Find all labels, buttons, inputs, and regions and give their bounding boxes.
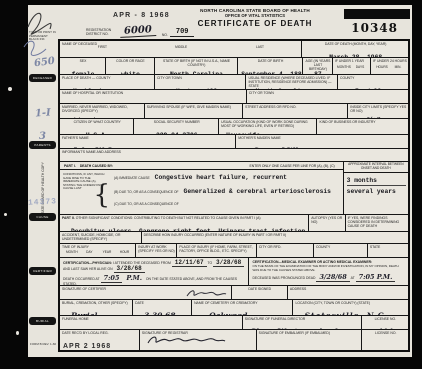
field-registrar-signature: SIGNATURE OF REGISTRAR bbox=[139, 330, 256, 350]
burial-location-value: Statesville, N.C. bbox=[304, 311, 388, 315]
pencil-note-1i: 1-I bbox=[35, 107, 52, 119]
pronounced-label: DECEASED WAS PRONOUNCED DEAD bbox=[252, 276, 315, 280]
field-under-1-year: IF UNDER 1 YEAR MONTHS DAYS bbox=[332, 58, 370, 74]
industry-label: KIND OF BUSINESS OR INDUSTRY bbox=[319, 120, 407, 124]
field-autopsy: AUTOPSY (YES OR NO) bbox=[308, 215, 344, 231]
occurred-pre-text: DEATH OCCURRED AT bbox=[63, 277, 100, 281]
sex-label: SEX bbox=[62, 59, 104, 63]
name-label: NAME OF DECEASED bbox=[62, 42, 300, 46]
scan-speck bbox=[4, 213, 7, 216]
marital-value: widowed bbox=[69, 117, 95, 118]
row-marital: MARRIED, NEVER MARRIED, WIDOWED, DIVORCE… bbox=[60, 103, 408, 118]
field-inside-city-limits: INSIDE CITY LIMITS (SPECIFY YES OR NO) Y… bbox=[347, 104, 408, 118]
residence-county-value: Iredell bbox=[355, 88, 381, 89]
registrar-signature-scribble bbox=[146, 334, 226, 346]
hours-label: HOURS bbox=[374, 66, 390, 70]
due-to-c-label: (c) DUE TO, OR AS A CONSEQUENCE OF bbox=[114, 202, 179, 206]
field-street-address: STREET ADDRESS OR RFD NO. bbox=[242, 104, 347, 118]
attended-pre-text: I ATTENDED THE DECEASED FROM bbox=[113, 261, 171, 265]
document-title: CERTIFICATE OF DEATH bbox=[170, 19, 340, 28]
field-under-24-hours: IF UNDER 24 HOURS HOURS MIN. bbox=[370, 58, 408, 74]
redaction-bar bbox=[344, 9, 410, 19]
injury-city-label: CITY OR RFD. bbox=[259, 245, 312, 249]
at-label: AT bbox=[351, 276, 355, 280]
interval-header: APPROXIMATE INTERVAL BETWEEN ONSET AND D… bbox=[344, 162, 408, 173]
part1-header: PART I. DEATH CAUSED BY: ENTER ONLY ONE … bbox=[60, 162, 343, 170]
cause-line-c: (c) DUE TO, OR AS A CONSEQUENCE OF bbox=[114, 202, 341, 206]
field-time-of-injury: TIME OF INJURY MONTH DAY YEAR HOUR bbox=[60, 244, 135, 257]
residence-state-label: USUAL RESIDENCE (WHERE DECEASED LIVED. I… bbox=[248, 76, 336, 88]
sex-value: female bbox=[72, 71, 95, 74]
scanned-death-certificate: TYPE OR PRINT IN PERMANENT BLACK INK 650… bbox=[0, 0, 422, 369]
field-death-county: PLACE OF DEATH — COUNTY Mecklenburg bbox=[60, 75, 154, 89]
serial-number: 10348 bbox=[351, 21, 398, 35]
injury-month-label: MONTH bbox=[63, 251, 81, 255]
attended-to-date: 3/28/68 bbox=[213, 259, 244, 267]
burial-value: Burial bbox=[71, 311, 97, 315]
row-informant: INFORMANT'S NAME AND ADDRESS Huntersvill… bbox=[60, 148, 408, 161]
certificate-header: APR - 8 1968 REGISTRATION DISTRICT NO. 6… bbox=[58, 5, 412, 39]
tab-cause: CAUSE bbox=[29, 213, 56, 221]
row-part1: PART I. DEATH CAUSED BY: ENTER ONLY ONE … bbox=[60, 161, 408, 214]
injury-county-label: COUNTY bbox=[316, 245, 366, 249]
registrar-label: SIGNATURE OF REGISTRAR bbox=[142, 331, 255, 335]
field-embalmer-license: LICENSE NO. bbox=[361, 330, 408, 350]
field-cemetery: NAME OF CEMETERY OR CREMATORY Oakwood bbox=[191, 300, 292, 315]
address-label: ADDRESS bbox=[290, 287, 407, 291]
print-instruction: TYPE OR PRINT IN PERMANENT BLACK INK bbox=[29, 31, 56, 42]
field-race: COLOR OR RACE white bbox=[105, 58, 154, 74]
field-place-of-injury: PLACE OF INJURY (IF HOME, FARM, STREET, … bbox=[176, 244, 255, 257]
field-residence-state: USUAL RESIDENCE (WHERE DECEASED LIVED. I… bbox=[245, 75, 337, 89]
immediate-cause-value: Congestive heart failure, recurrent bbox=[155, 174, 287, 182]
due-to-b-value: Generalized & cerebral arteriosclerosis bbox=[184, 188, 331, 196]
other-conditions-label: OTHER SIGNIFICANT CONDITIONS: CONTRIBUTI… bbox=[76, 216, 261, 220]
marital-label: MARRIED, NEVER MARRIED, WIDOWED, DIVORCE… bbox=[62, 105, 143, 113]
ssn-label: SOCIAL SECURITY NUMBER bbox=[136, 120, 217, 124]
first-label: FIRST bbox=[63, 46, 142, 50]
age-label: AGE (IN YEARS LAST BIRTHDAY) bbox=[305, 59, 331, 71]
field-citizen: CITIZEN OF WHAT COUNTRY U.S.A. bbox=[60, 119, 133, 134]
certificate-form: NAME OF DECEASED FIRST Rebecca MIDDLE Jo… bbox=[58, 39, 410, 352]
injury-at-work-label: INJURY AT WORK (SPECIFY YES OR NO) bbox=[138, 245, 175, 253]
occupation-value: Housewife bbox=[226, 132, 260, 134]
part1-section: PART I. DEATH CAUSED BY: ENTER ONLY ONE … bbox=[60, 162, 343, 214]
row-funeral-home: FUNERAL HOME Bunch Funeral Home, Statesv… bbox=[60, 315, 408, 329]
date-of-death-label: DATE OF DEATH (MONTH, DAY, YEAR) bbox=[304, 42, 407, 46]
place-of-injury-label: PLACE OF INJURY (IF HOME, FARM, STREET, … bbox=[179, 245, 254, 253]
part2-label: PART II. bbox=[62, 216, 75, 220]
to-label: TO bbox=[207, 261, 212, 265]
under-1-year-label: IF UNDER 1 YEAR bbox=[335, 59, 369, 63]
field-occupation: USUAL OCCUPATION (KIND OF WORK DONE DURI… bbox=[218, 119, 316, 134]
field-hospital: NAME OF HOSPITAL OR INSTITUTION Huntersv… bbox=[60, 90, 246, 103]
field-death-city: CITY OR TOWN Huntersville bbox=[154, 75, 246, 89]
death-city-value: Huntersville bbox=[176, 88, 221, 89]
scan-speck bbox=[8, 87, 12, 91]
field-certifier-signature: SIGNATURE OF CERTIFIER Dirk Verhouff, M.… bbox=[60, 286, 231, 299]
ssn-value: 239-84-3706 bbox=[156, 132, 198, 134]
left-margin: TYPE OR PRINT IN PERMANENT BLACK INK 650… bbox=[28, 5, 58, 357]
field-other-conditions: PART II. OTHER SIGNIFICANT CONDITIONS: C… bbox=[60, 215, 308, 231]
date-of-death-value: March 28, 1968 bbox=[329, 54, 382, 57]
examiner-certification: CERTIFICATION—MEDICAL EXAMINER OR ACTING… bbox=[248, 258, 408, 285]
burial-date-label: DATE bbox=[135, 301, 190, 305]
tab-deceased: DECEASED bbox=[29, 74, 56, 82]
days-label: DAYS bbox=[352, 66, 368, 70]
age-value: 87 bbox=[314, 71, 322, 74]
field-burial-location: LOCATION (CITY, TOWN OR COUNTY) (STATE) … bbox=[292, 300, 408, 315]
under-24-hours-label: IF UNDER 24 HOURS bbox=[373, 59, 407, 63]
funeral-home-label: FUNERAL HOME bbox=[62, 317, 241, 321]
limits-label: INSIDE CITY LIMITS (SPECIFY YES OR NO) bbox=[350, 105, 407, 113]
row-accident: ACCIDENT, SUICIDE, HOMICIDE, OR UNDETERM… bbox=[60, 231, 408, 243]
conditions-note: CONDITIONS, IF ANY, WHICH GAVE RISE TO T… bbox=[60, 170, 108, 213]
min-label: MIN. bbox=[390, 66, 406, 70]
date-received-stamp: APR 2 1968 bbox=[63, 343, 111, 350]
certificate-no-label: NO. bbox=[162, 33, 168, 37]
residence-state-value: North Carolina bbox=[255, 88, 308, 89]
death-county-value: Mecklenburg bbox=[73, 88, 115, 89]
form-revision-note: FORM B REV. 1-66 bbox=[30, 343, 57, 347]
physician-certification: CERTIFICATION—PHYSICIAN: I ATTENDED THE … bbox=[60, 258, 248, 285]
tab-parents: PARENTS bbox=[29, 141, 56, 149]
cemetery-value: Oakwood bbox=[209, 311, 247, 315]
caused-by-label: DEATH CAUSED BY: bbox=[80, 164, 113, 168]
part1-body: CONDITIONS, IF ANY, WHICH GAVE RISE TO T… bbox=[60, 170, 343, 213]
field-how-injury: DESCRIBE HOW INJURY OCCURRED (ENTER NATU… bbox=[141, 232, 408, 243]
field-date-of-death: DATE OF DEATH (MONTH, DAY, YEAR) March 2… bbox=[301, 41, 408, 57]
injury-state-label: STATE bbox=[370, 245, 407, 249]
mother-label: MOTHER'S MAIDEN NAME bbox=[238, 136, 407, 140]
attended-from-date: 12/11/67 bbox=[172, 259, 207, 267]
date-of-birth-value: September 4, 1880 bbox=[241, 71, 302, 74]
received-date-stamp: APR - 8 1968 bbox=[113, 12, 170, 19]
findings-label: IF YES, WERE FINDINGS CONSIDERED IN DETE… bbox=[348, 216, 407, 228]
death-county-label: PLACE OF DEATH — COUNTY bbox=[62, 76, 153, 80]
death-city-label: CITY OR TOWN bbox=[157, 76, 245, 80]
field-ssn: SOCIAL SECURITY NUMBER 239-84-3706 bbox=[133, 119, 218, 134]
field-informant: INFORMANT'S NAME AND ADDRESS Huntersvill… bbox=[60, 149, 408, 161]
director-license-value: 414 bbox=[377, 327, 393, 329]
date-signed-label: DATE SIGNED bbox=[234, 287, 286, 291]
field-age: AGE (IN YEARS LAST BIRTHDAY) 87 bbox=[302, 58, 332, 74]
how-injury-label: DESCRIBE HOW INJURY OCCURRED (ENTER NATU… bbox=[144, 233, 407, 237]
state-of-birth-value: North Carolina bbox=[170, 71, 223, 74]
row-place-residence: PLACE OF DEATH — COUNTY Mecklenburg CITY… bbox=[60, 74, 408, 89]
pronounced-time-value: 7:05 p.m. bbox=[356, 273, 396, 282]
residence-county-label: COUNTY bbox=[340, 76, 407, 80]
row-part2: PART II. OTHER SIGNIFICANT CONDITIONS: C… bbox=[60, 214, 408, 231]
row-parents: FATHER'S NAME John W. Josey MOTHER'S MAI… bbox=[60, 134, 408, 148]
field-injury-county: COUNTY bbox=[313, 244, 367, 257]
months-label: MONTHS bbox=[336, 66, 352, 70]
field-injury-state: STATE bbox=[367, 244, 408, 257]
limits-value: Yes bbox=[367, 115, 382, 118]
field-autopsy-findings: IF YES, WERE FINDINGS CONSIDERED IN DETE… bbox=[345, 215, 408, 231]
row-injury-details: TIME OF INJURY MONTH DAY YEAR HOUR INJUR… bbox=[60, 243, 408, 257]
district-label: REGISTRATION DISTRICT NO. bbox=[86, 29, 120, 37]
middle-label: MIDDLE bbox=[142, 46, 221, 50]
field-name-of-deceased: NAME OF DECEASED FIRST Rebecca MIDDLE Jo… bbox=[60, 41, 301, 57]
father-value: John W. Josey bbox=[73, 146, 129, 148]
citizen-value: U.S.A. bbox=[86, 132, 109, 134]
stamped-number: 14373 bbox=[28, 197, 57, 208]
examiner-cert-label: CERTIFICATION—MEDICAL EXAMINER OR ACTING… bbox=[252, 260, 372, 264]
citizen-label: CITIZEN OF WHAT COUNTRY bbox=[62, 120, 132, 124]
physician-cert-label: CERTIFICATION—PHYSICIAN: bbox=[63, 261, 112, 265]
field-burial-type: BURIAL, CREMATION, OTHER (SPECIFY) Buria… bbox=[60, 300, 132, 315]
row-sex-race-birth: SEX female COLOR OR RACE white STATE OF … bbox=[60, 57, 408, 74]
agency-block: NORTH CAROLINA STATE BOARD OF HEALTH OFF… bbox=[170, 8, 340, 28]
autopsy-label: AUTOPSY (YES OR NO) bbox=[311, 216, 343, 224]
field-embalmer-signature: SIGNATURE OF EMBALMER (IF EMBALMED) bbox=[256, 330, 362, 350]
row-certification: CERTIFICATION—PHYSICIAN: I ATTENDED THE … bbox=[60, 257, 408, 285]
field-sex: SEX female bbox=[60, 58, 105, 74]
last-saw-pre-text: AND LAST SAW HER ALIVE ON bbox=[63, 267, 113, 271]
row-registrar: DATE REC'D BY LOCAL REG. APR 2 1968 SIGN… bbox=[60, 329, 408, 350]
row-hospital: NAME OF HOSPITAL OR INSTITUTION Huntersv… bbox=[60, 89, 408, 103]
scan-speck bbox=[16, 331, 19, 335]
embalmer-license-label: LICENSE NO. bbox=[364, 331, 407, 335]
date-received-label: DATE REC'D BY LOCAL REG. bbox=[62, 331, 138, 335]
tab-certifier: CERTIFIER bbox=[29, 267, 56, 275]
informant-value: Huntersville Hospital Records bbox=[69, 160, 254, 161]
director-value: Glenn Westmoreland bbox=[250, 327, 338, 329]
field-director-license: LICENSE NO. 414 bbox=[361, 316, 408, 329]
certificate-paper: TYPE OR PRINT IN PERMANENT BLACK INK 650… bbox=[28, 5, 412, 357]
row-burial: BURIAL, CREMATION, OTHER (SPECIFY) Buria… bbox=[60, 299, 408, 315]
race-value: white bbox=[121, 71, 140, 74]
pencil-note-650: 650 bbox=[33, 56, 55, 70]
field-accident-type: ACCIDENT, SUICIDE, HOMICIDE, OR UNDETERM… bbox=[60, 232, 141, 243]
due-to-b-label: (b) DUE TO, OR AS A CONSEQUENCE OF bbox=[114, 190, 179, 194]
copy-note: STATE BOARD OF HEALTH COPY bbox=[41, 160, 45, 218]
field-date-of-birth: DATE OF BIRTH September 4, 1880 bbox=[237, 58, 302, 74]
cemetery-label: NAME OF CEMETERY OR CREMATORY bbox=[194, 301, 291, 305]
interval-column: APPROXIMATE INTERVAL BETWEEN ONSET AND D… bbox=[343, 162, 408, 214]
pronounced-date-value: 3/28/68 bbox=[316, 273, 349, 282]
field-residence-county: COUNTY Iredell bbox=[337, 75, 408, 89]
death-ampm-value: P.M. bbox=[123, 274, 145, 282]
time-of-injury-label: TIME OF INJURY bbox=[62, 245, 134, 249]
cause-line-a: (a) IMMEDIATE CAUSE Congestive heart fai… bbox=[114, 174, 341, 182]
row-name: NAME OF DECEASED FIRST Rebecca MIDDLE Jo… bbox=[60, 41, 408, 57]
immediate-cause-label: (a) IMMEDIATE CAUSE bbox=[114, 176, 150, 180]
interval-b-value: several years bbox=[347, 188, 406, 196]
certifier-signature-label: SIGNATURE OF CERTIFIER bbox=[62, 287, 230, 291]
field-date-signed: DATE SIGNED 3/29/68 bbox=[231, 286, 287, 299]
last-saw-date: 3/28/68 bbox=[114, 265, 145, 273]
field-burial-date: DATE 3.30.68 bbox=[132, 300, 191, 315]
occupation-label: USUAL OCCUPATION (KIND OF WORK DONE DURI… bbox=[221, 120, 315, 128]
field-injury-city: CITY OR RFD. bbox=[256, 244, 313, 257]
director-license-label: LICENSE NO. bbox=[364, 317, 407, 321]
field-marital-status: MARRIED, NEVER MARRIED, WIDOWED, DIVORCE… bbox=[60, 104, 144, 118]
field-certifier-address: ADDRESS Huntersville, N. C. bbox=[287, 286, 408, 299]
burial-location-label: LOCATION (CITY, TOWN OR COUNTY) (STATE) bbox=[295, 301, 407, 305]
hospital-label: NAME OF HOSPITAL OR INSTITUTION bbox=[62, 91, 245, 95]
burial-label: BURIAL, CREMATION, OTHER (SPECIFY) bbox=[62, 301, 131, 305]
district-number: 6000 bbox=[120, 24, 156, 38]
field-surviving-spouse: SURVIVING SPOUSE (IF WIFE, GIVE MAIDEN N… bbox=[144, 104, 242, 118]
injury-day-label: DAY bbox=[81, 251, 99, 255]
field-funeral-home: FUNERAL HOME Bunch Funeral Home, Statesv… bbox=[60, 316, 242, 329]
row-citizen: CITIZEN OF WHAT COUNTRY U.S.A. SOCIAL SE… bbox=[60, 118, 408, 134]
embalmer-label: SIGNATURE OF EMBALMER (IF EMBALMED) bbox=[259, 331, 361, 335]
injury-year-label: YEAR bbox=[98, 251, 116, 255]
cause-lines: (a) IMMEDIATE CAUSE Congestive heart fai… bbox=[108, 170, 343, 213]
race-label: COLOR OR RACE bbox=[108, 59, 153, 63]
certificate-no-value: 709 bbox=[170, 28, 195, 37]
director-label: SIGNATURE OF FUNERAL DIRECTOR bbox=[245, 317, 360, 321]
date-of-birth-label: DATE OF BIRTH bbox=[240, 59, 301, 63]
burial-date-value: 3.30.68 bbox=[144, 311, 175, 315]
mother-value: Susan Miller bbox=[253, 146, 307, 148]
spouse-label: SURVIVING SPOUSE (IF WIFE, GIVE MAIDEN N… bbox=[147, 105, 241, 109]
field-date-received: DATE REC'D BY LOCAL REG. APR 2 1968 bbox=[60, 330, 139, 350]
informant-label: INFORMANT'S NAME AND ADDRESS bbox=[62, 150, 407, 154]
father-label: FATHER'S NAME bbox=[62, 136, 234, 140]
death-time-value: 7:05 bbox=[101, 274, 123, 283]
brace-glyph: { bbox=[93, 180, 110, 210]
state-of-birth-label: STATE OF BIRTH (IF NOT IN U.S.A., NAME C… bbox=[157, 59, 236, 67]
street-label: STREET ADDRESS OR RFD NO. bbox=[245, 105, 346, 109]
field-residence-city: CITY OR TOWN Statesville bbox=[246, 90, 408, 103]
part1-label: PART I. bbox=[64, 164, 76, 168]
row-certifier-signature: SIGNATURE OF CERTIFIER Dirk Verhouff, M.… bbox=[60, 285, 408, 299]
field-injury-at-work: INJURY AT WORK (SPECIFY YES OR NO) bbox=[135, 244, 176, 257]
field-mother: MOTHER'S MAIDEN NAME Susan Miller bbox=[235, 135, 408, 148]
residence-city-label: CITY OR TOWN bbox=[249, 91, 407, 95]
accident-label: ACCIDENT, SUICIDE, HOMICIDE, OR UNDETERM… bbox=[62, 233, 140, 241]
office-name: OFFICE OF VITAL STATISTICS bbox=[170, 13, 340, 18]
cause-line-b: (b) DUE TO, OR AS A CONSEQUENCE OF Gener… bbox=[114, 188, 341, 196]
injury-hour-label: HOUR bbox=[116, 251, 134, 255]
one-cause-note: ENTER ONLY ONE CAUSE PER LINE FOR (a), (… bbox=[249, 164, 334, 168]
field-industry: KIND OF BUSINESS OR INDUSTRY bbox=[316, 119, 408, 134]
other-conditions-value: Decubitus ulcers, Gangrene right foot, U… bbox=[71, 228, 305, 231]
examiner-cert-text: ON THE BASIS OF THE EXAMINATION OF THE B… bbox=[252, 265, 406, 273]
last-label: LAST bbox=[221, 46, 300, 50]
interval-a-value: 3 months bbox=[347, 177, 406, 187]
field-funeral-director: SIGNATURE OF FUNERAL DIRECTOR Glenn West… bbox=[242, 316, 361, 329]
field-state-of-birth: STATE OF BIRTH (IF NOT IN U.S.A., NAME C… bbox=[154, 58, 237, 74]
field-father: FATHER'S NAME John W. Josey bbox=[60, 135, 235, 148]
tab-burial: BURIAL bbox=[29, 317, 56, 325]
